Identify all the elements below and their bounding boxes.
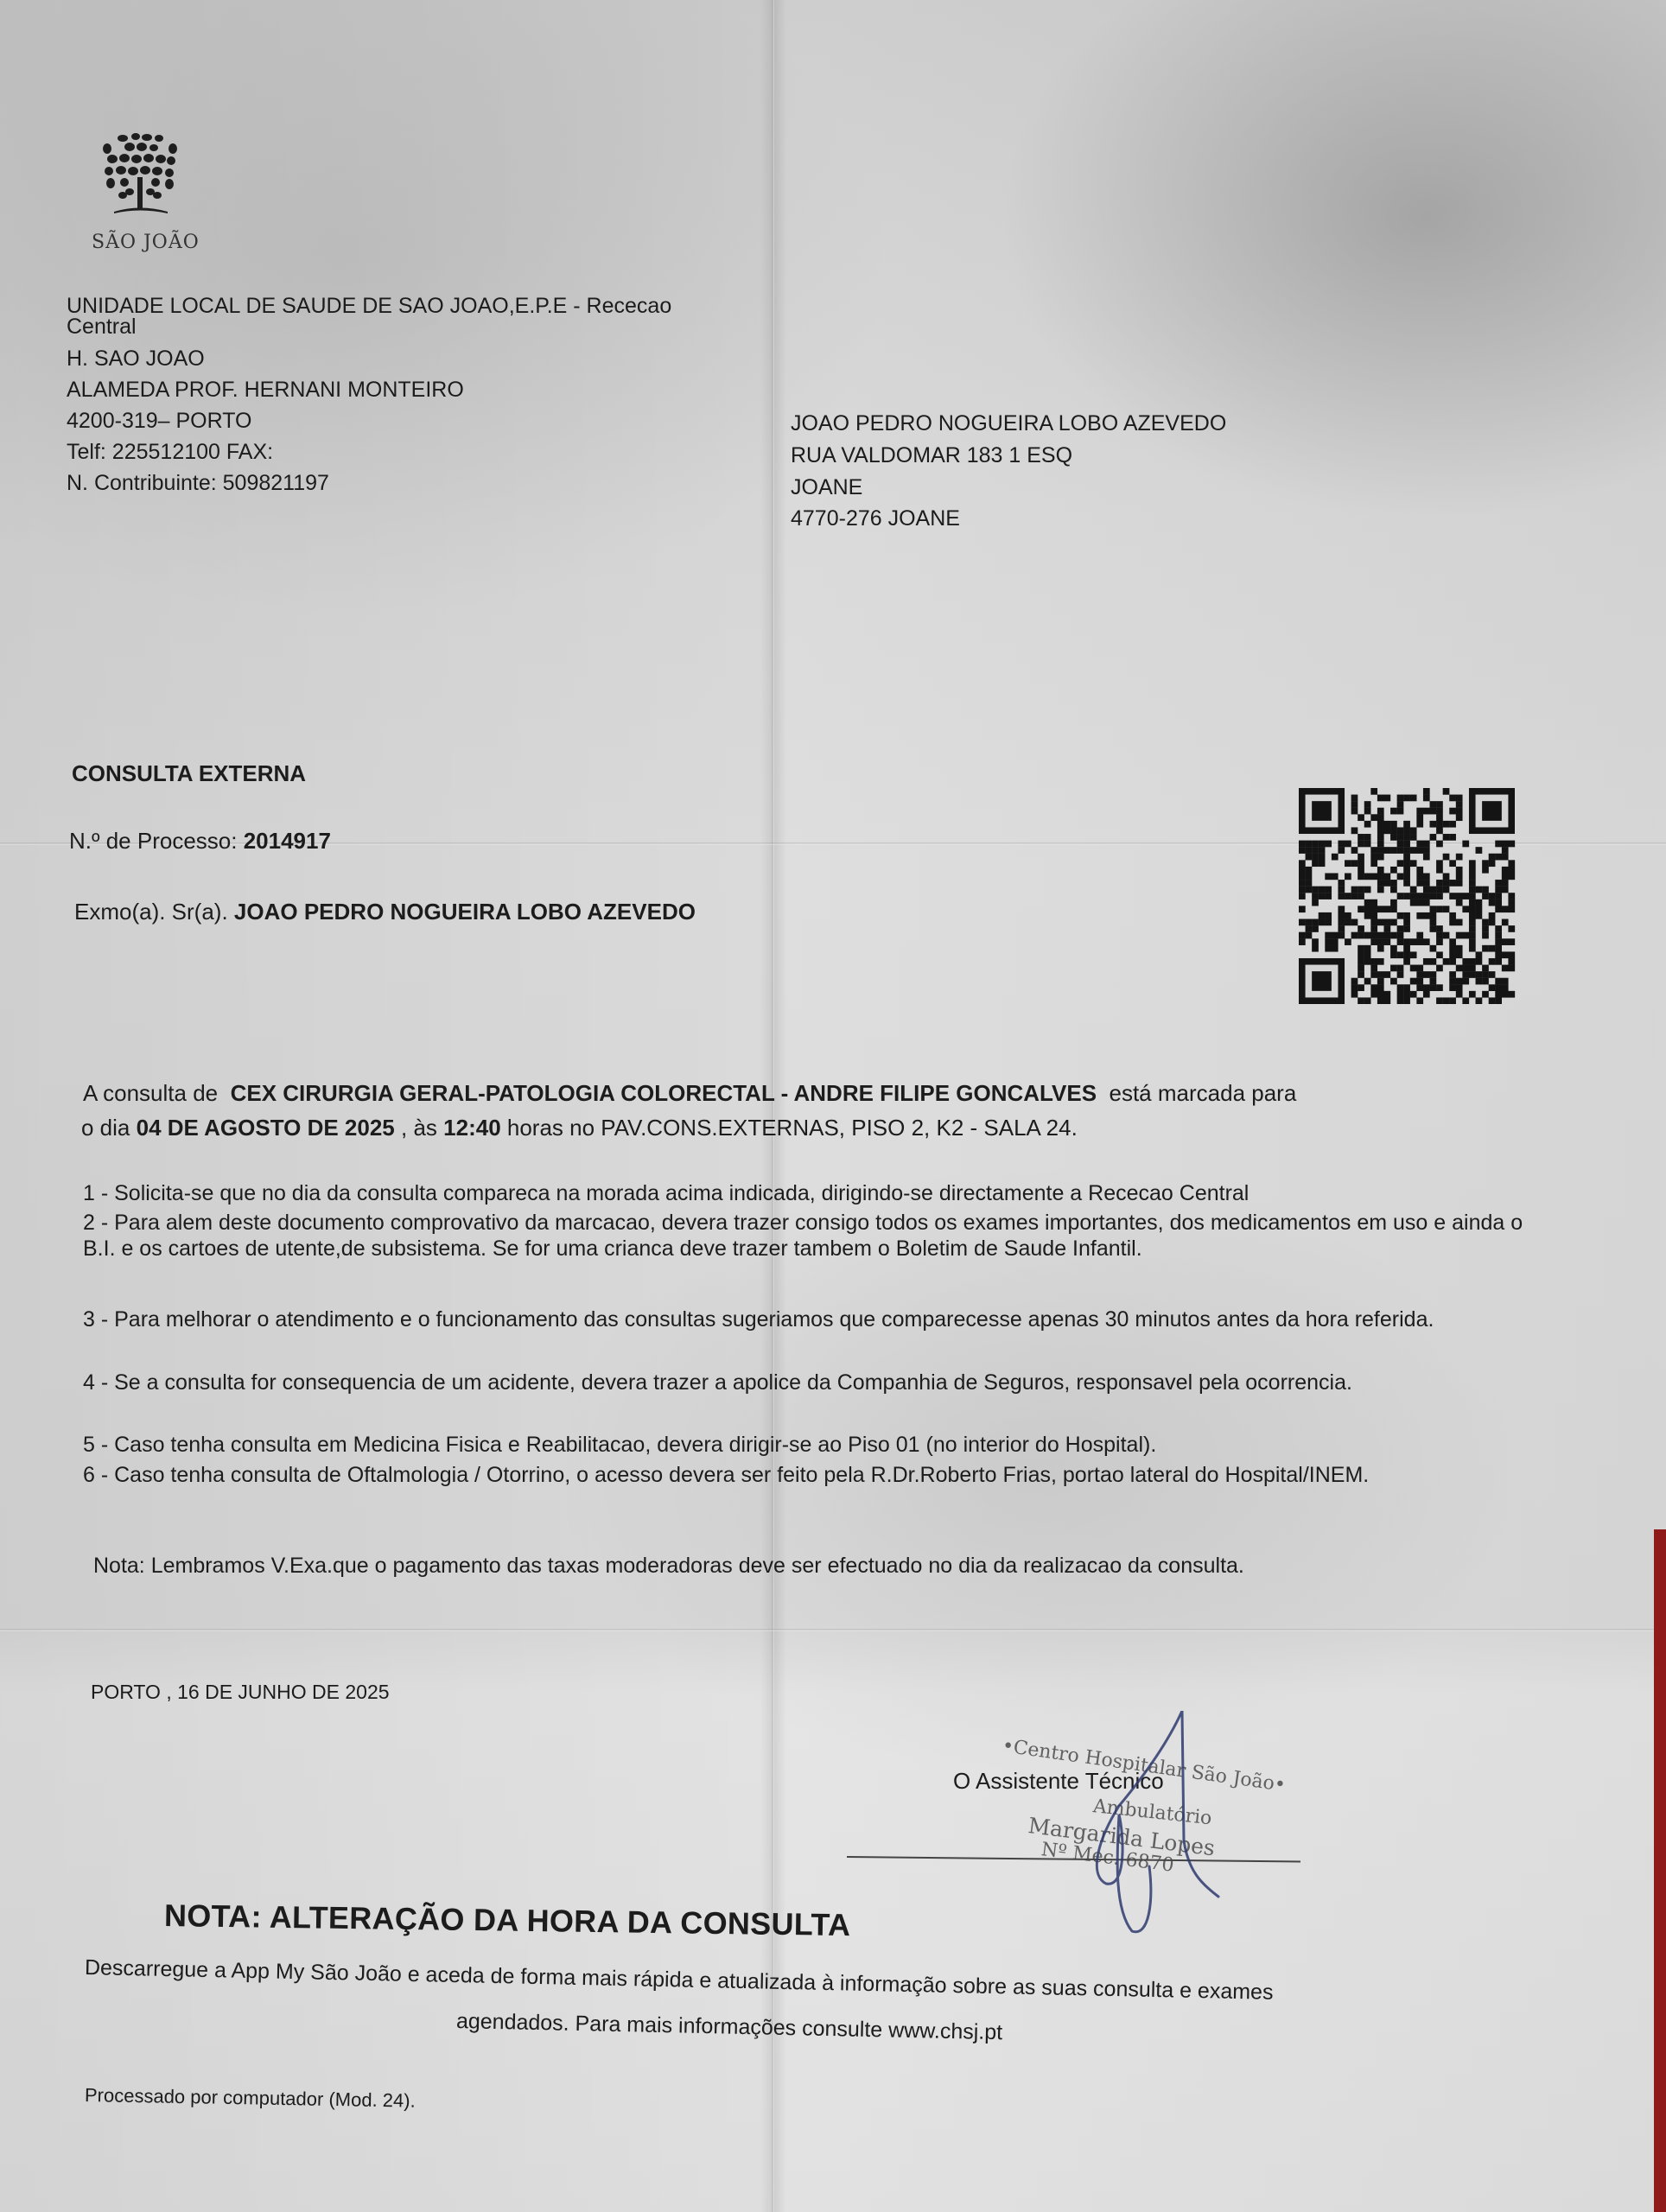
background-red-edge [1654,1529,1666,2212]
sender-line: UNIDADE LOCAL DE SAUDE DE SAO JOAO,E.P.E… [67,290,671,321]
payment-note: Nota: Lembramos V.Exa.que o pagamento da… [93,1554,1244,1579]
salutation-label: Exmo(a). Sr(a). [74,899,228,925]
instruction-item: 3 - Para melhorar o atendimento e o func… [83,1306,1535,1332]
sender-line: N. Contribuinte: 509821197 [67,467,329,499]
tree-cross-logo-icon [97,130,183,225]
signature-icon [1071,1711,1270,1935]
instruction-item: 2 - Para alem deste documento comprovati… [83,1210,1535,1262]
instruction-item: 5 - Caso tenha consulta em Medicina Fisi… [83,1432,1535,1458]
process-number: N.º de Processo: 2014917 [69,828,331,855]
appointment-text: o dia [81,1115,130,1141]
sender-line: ALAMEDA PROF. HERNANI MONTEIRO [67,374,464,405]
appointment-line-2: o dia 04 DE AGOSTO DE 2025 , às 12:40 ho… [81,1115,1078,1141]
process-label: N.º de Processo: [69,828,237,854]
section-heading: CONSULTA EXTERNA [72,760,306,787]
recipient-line: JOAO PEDRO NOGUEIRA LOBO AZEVEDO [791,408,1226,440]
recipient-line: RUA VALDOMAR 183 1 ESQ [791,440,1072,472]
process-value: 2014917 [244,828,331,854]
sender-line: H. SAO JOAO [67,343,205,374]
appointment-specialty: CEX CIRURGIA GERAL-PATOLOGIA COLORECTAL … [231,1080,1097,1106]
place-date: PORTO , 16 DE JUNHO DE 2025 [91,1681,390,1704]
sender-line: Central [67,311,137,342]
sender-line: Telf: 225512100 FAX: [67,436,273,467]
salutation: Exmo(a). Sr(a). JOAO PEDRO NOGUEIRA LOBO… [74,899,696,925]
appointment-text: , às [401,1115,437,1141]
appointment-line-1: A consulta de CEX CIRURGIA GERAL-PATOLOG… [83,1080,1296,1107]
recipient-line: JOANE [791,472,862,504]
qr-code-icon [1296,788,1517,1004]
sender-line: 4200-319– PORTO [67,405,252,436]
paper-fold-horizontal [0,1629,1666,1631]
appointment-prefix: A consulta de [83,1080,218,1106]
logo-text: SÃO JOÃO [92,232,200,253]
instruction-item: 4 - Se a consulta for consequencia de um… [83,1370,1535,1395]
appointment-time: 12:40 [443,1115,501,1141]
appointment-location: horas no PAV.CONS.EXTERNAS, PISO 2, K2 -… [507,1115,1078,1141]
instruction-item: 1 - Solicita-se que no dia da consulta c… [83,1180,1535,1206]
appointment-text: está marcada para [1110,1080,1297,1106]
recipient-line: 4770-276 JOANE [791,503,960,535]
appointment-date: 04 DE AGOSTO DE 2025 [137,1115,395,1141]
instruction-item: 6 - Caso tenha consulta de Oftalmologia … [83,1462,1535,1488]
patient-name: JOAO PEDRO NOGUEIRA LOBO AZEVEDO [234,899,696,925]
